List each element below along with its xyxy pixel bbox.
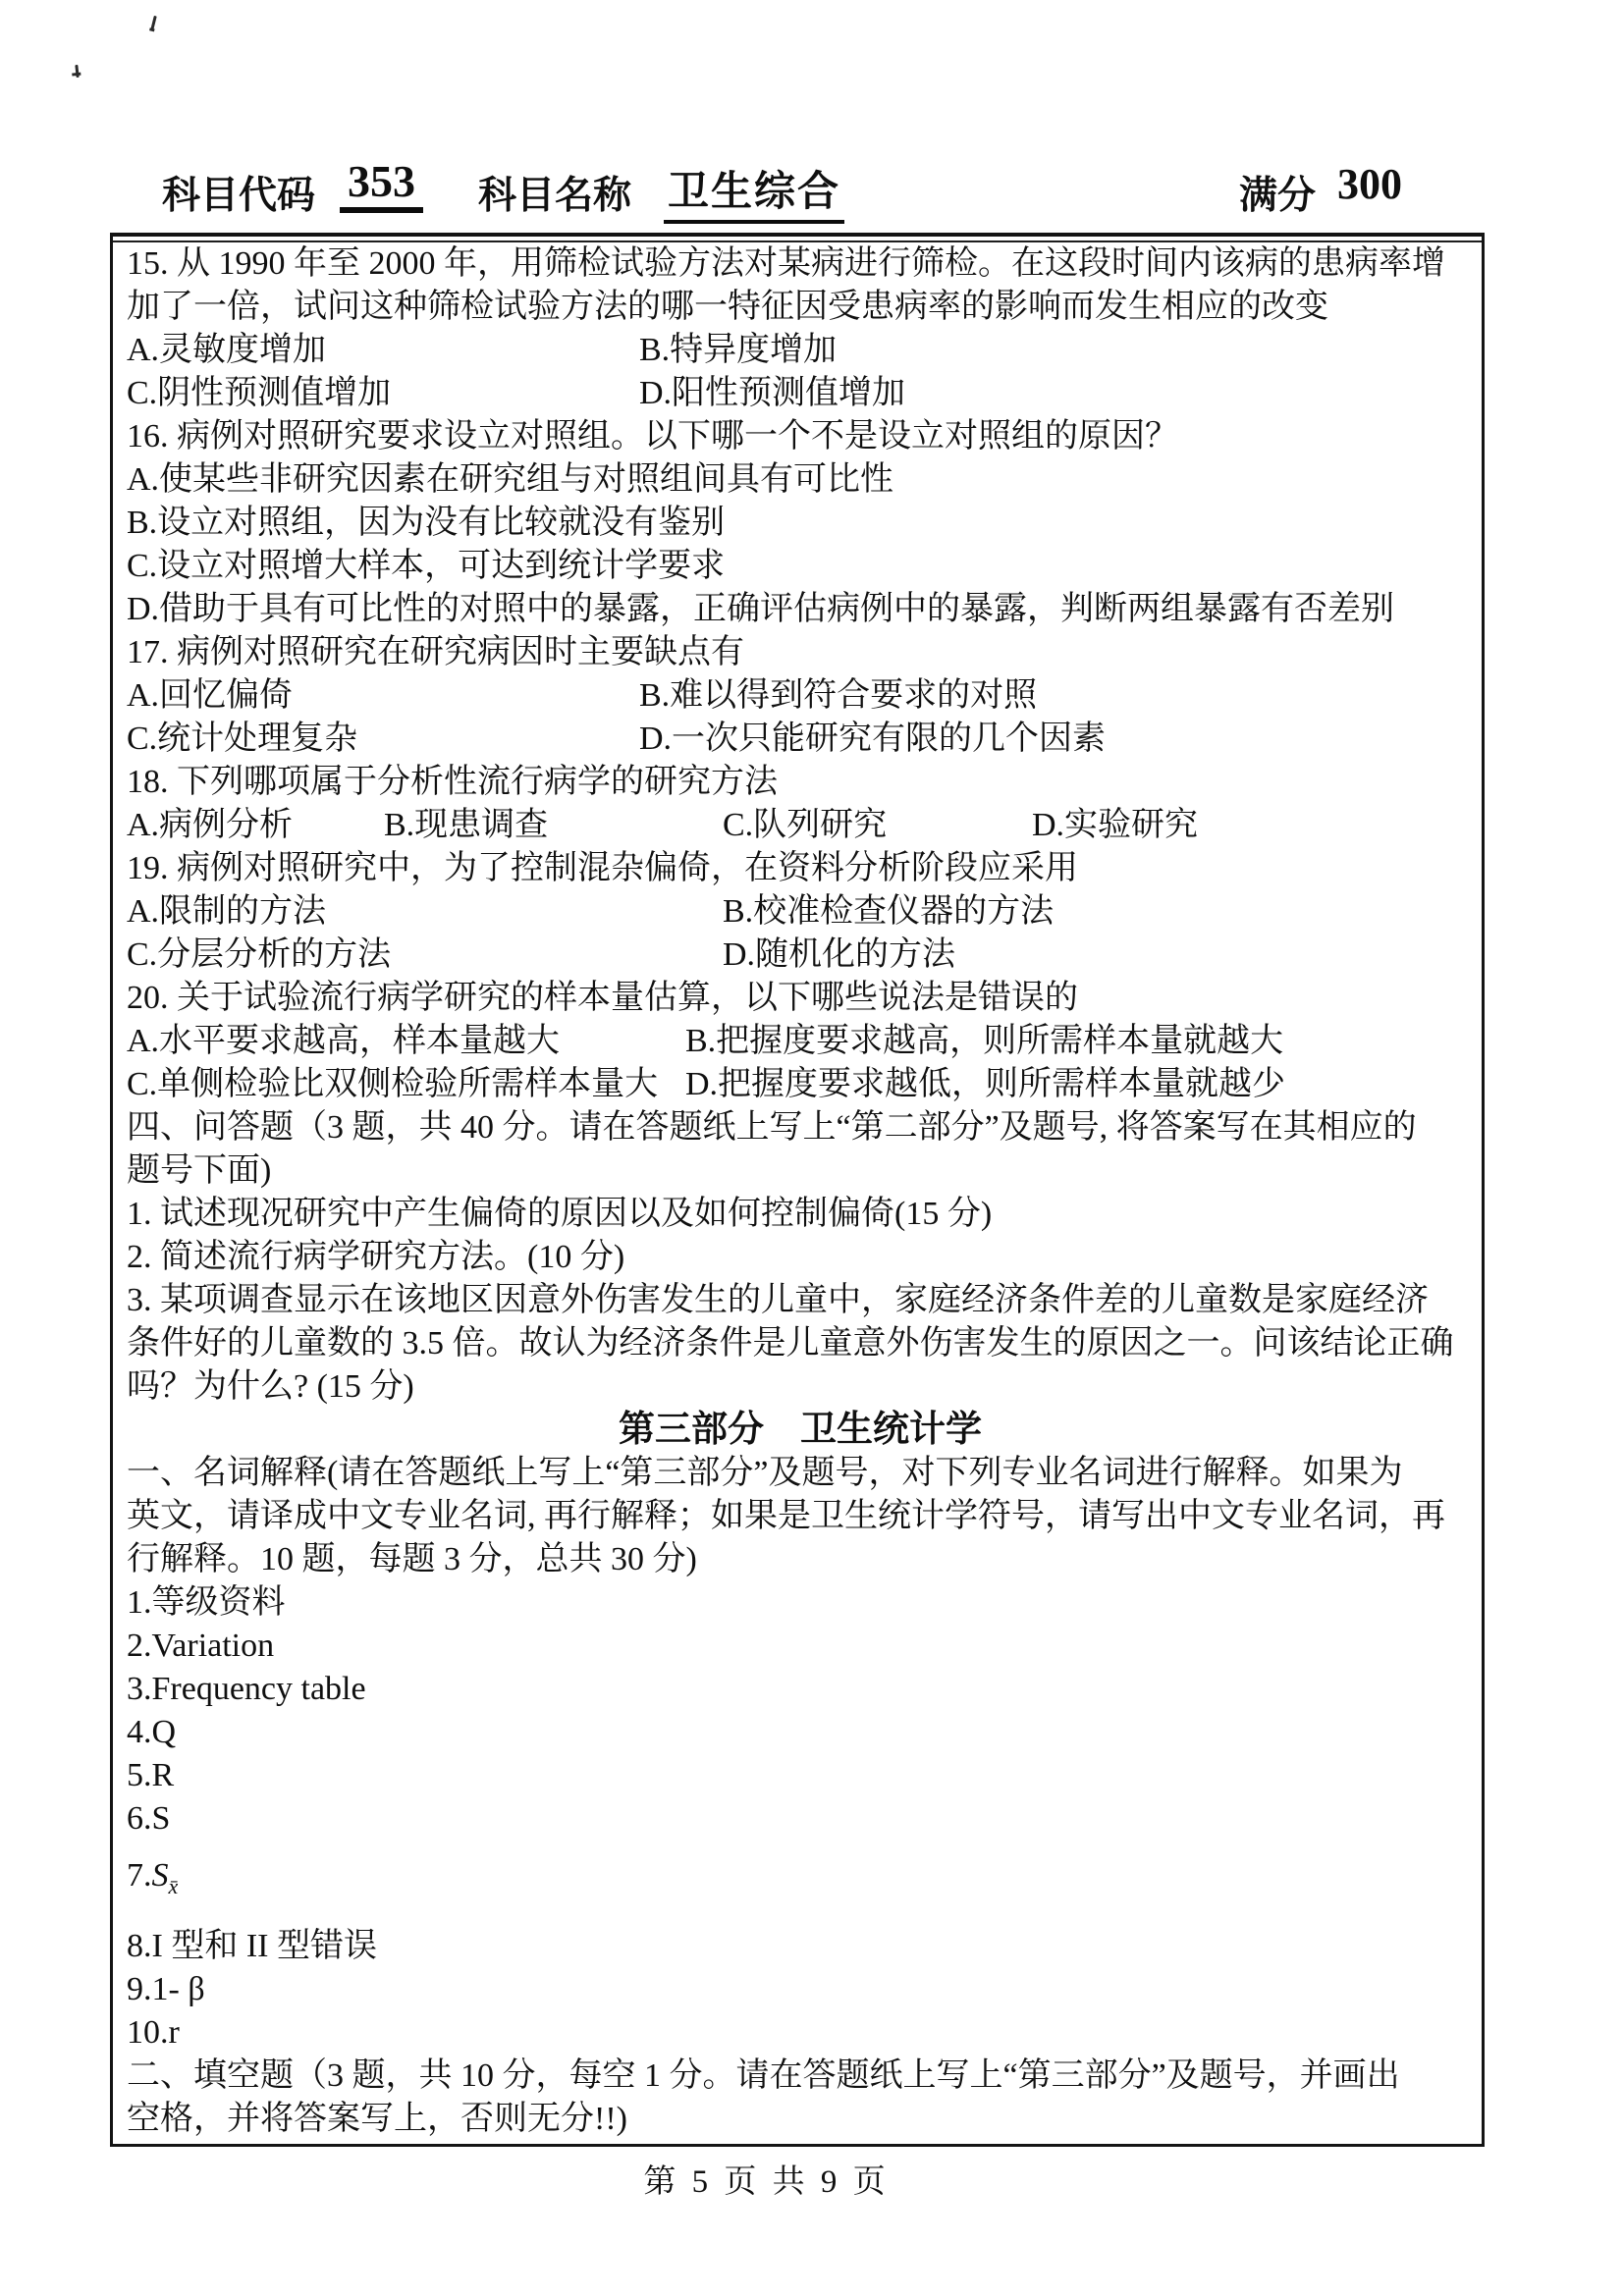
statistic-symbol-subscript: x̄ — [169, 1874, 179, 1898]
page-number-footer: 第 5 页 共 9 页 — [0, 2156, 1578, 2202]
option-cell: A.水平要求越高，样本量越大 — [127, 1020, 685, 1063]
option-cell: D.随机化的方法 — [723, 934, 955, 977]
exam-page: { "header": { "subject_code_label": "科目代… — [0, 0, 1623, 2296]
term-4: 4.Q — [127, 1711, 1474, 1754]
q17-options-cd: C.统计处理复杂D.一次只能研究有限的几个因素 — [127, 718, 1474, 761]
q17-stem: 17. 病例对照研究在研究病因时主要缺点有 — [127, 631, 1474, 674]
option-cell: B.校准检查仪器的方法 — [723, 890, 1054, 934]
option-cell: B.把握度要求越高，则所需样本量就越大 — [685, 1020, 1283, 1063]
q18-stem: 18. 下列哪项属于分析性流行病学的研究方法 — [127, 761, 1474, 804]
option-cell: C.分层分析的方法 — [127, 934, 723, 977]
option-cell: A.限制的方法 — [127, 890, 723, 934]
part3-terms-header-line2: 英文，请译成中文专业名词, 再行解释；如果是卫生统计学符号，请写出中文专业名词，… — [127, 1495, 1474, 1538]
option-cell: A.灵敏度增加 — [127, 329, 639, 372]
essay-q1: 1. 试述现况研究中产生偏倚的原因以及如何控制偏倚(15 分) — [127, 1193, 1474, 1236]
option-cell: C.阴性预测值增加 — [127, 372, 639, 415]
q16-option-a: A.使某些非研究因素在研究组与对照组间具有可比性 — [127, 458, 1474, 502]
part2-essay-header-line1: 四、问答题（3 题，共 40 分。请在答题纸上写上“第二部分”及题号, 将答案写… — [127, 1106, 1474, 1149]
essay-q3-line3: 吗？为什么? (15 分) — [127, 1365, 1474, 1409]
term-6: 6.S — [127, 1797, 1474, 1841]
q20-options-ab: A.水平要求越高，样本量越大B.把握度要求越高，则所需样本量就越大 — [127, 1020, 1474, 1063]
option-cell: C.统计处理复杂 — [127, 718, 639, 761]
q15-options-ab: A.灵敏度增加B.特异度增加 — [127, 329, 1474, 372]
q19-options-cd: C.分层分析的方法D.随机化的方法 — [127, 934, 1474, 977]
part3-terms-header-line1: 一、名词解释(请在答题纸上写上“第三部分”及题号，对下列专业名词进行解释。如果为 — [127, 1452, 1474, 1495]
option-cell: B.特异度增加 — [639, 329, 837, 372]
option-cell: D.阳性预测值增加 — [639, 372, 905, 415]
exam-content-box: 15. 从 1990 年至 2000 年，用筛检试验方法对某病进行筛检。在这段时… — [110, 233, 1485, 2147]
q20-stem: 20. 关于试验流行病学研究的样本量估算，以下哪些说法是错误的 — [127, 977, 1474, 1020]
q19-options-ab: A.限制的方法B.校准检查仪器的方法 — [127, 890, 1474, 934]
full-score-label: 满分 — [1239, 165, 1316, 220]
part3-fill-blanks-line2: 空格，并将答案写上，否则无分!!) — [127, 2098, 1474, 2141]
subject-name-label: 科目名称 — [478, 165, 631, 220]
term-8: 8.I 型和 II 型错误 — [127, 1925, 1474, 1968]
term-number: 7. — [127, 1857, 152, 1894]
q16-option-d: D.借助于具有可比性的对照中的暴露，正确评估病例中的暴露，判断两组暴露有否差别 — [127, 588, 1474, 631]
option-cell: C.队列研究 — [723, 804, 1032, 847]
essay-q3-line1: 3. 某项调查显示在该地区因意外伤害发生的儿童中，家庭经济条件差的儿童数是家庭经… — [127, 1279, 1474, 1322]
essay-q3-line2: 条件好的儿童数的 3.5 倍。故认为经济条件是儿童意外伤害发生的原因之一。问该结… — [127, 1322, 1474, 1365]
q16-option-c: C.设立对照增大样本，可达到统计学要求 — [127, 545, 1474, 588]
option-cell: D.实验研究 — [1032, 804, 1198, 847]
part2-essay-header-line2: 题号下面) — [127, 1149, 1474, 1193]
option-cell: A.病例分析 — [127, 804, 384, 847]
q15-stem-line2: 加了一倍，试问这种筛检试验方法的哪一特征因受患病率的影响而发生相应的改变 — [127, 286, 1474, 329]
q16-option-b: B.设立对照组，因为没有比较就没有鉴别 — [127, 502, 1474, 545]
q19-stem: 19. 病例对照研究中，为了控制混杂偏倚，在资料分析阶段应采用 — [127, 847, 1474, 890]
term-10: 10.r — [127, 2011, 1474, 2055]
full-score-value: 300 — [1337, 159, 1402, 209]
option-cell: D.把握度要求越低，则所需样本量就越少 — [685, 1063, 1285, 1106]
subject-code-label: 科目代码 — [162, 165, 315, 220]
q15-stem-line1: 15. 从 1990 年至 2000 年，用筛检试验方法对某病进行筛检。在这段时… — [127, 242, 1474, 286]
option-cell: B.现患调查 — [384, 804, 723, 847]
term-5: 5.R — [127, 1754, 1474, 1797]
q20-options-cd: C.单侧检验比双侧检验所需样本量大D.把握度要求越低，则所需样本量就越少 — [127, 1063, 1474, 1106]
subject-name-value: 卫生综合 — [664, 159, 844, 224]
option-cell: A.回忆偏倚 — [127, 674, 639, 718]
option-cell: C.单侧检验比双侧检验所需样本量大 — [127, 1063, 685, 1106]
q17-options-ab: A.回忆偏倚B.难以得到符合要求的对照 — [127, 674, 1474, 718]
scan-artifact — [75, 65, 79, 78]
term-1: 1.等级资料 — [127, 1581, 1474, 1625]
term-7: 7.Sx̄ — [127, 1854, 1474, 1897]
term-2: 2.Variation — [127, 1625, 1474, 1668]
statistic-symbol: S — [152, 1857, 169, 1894]
part3-fill-blanks-line1: 二、填空题（3 题，共 10 分，每空 1 分。请在答题纸上写上“第三部分”及题… — [127, 2055, 1474, 2098]
term-3: 3.Frequency table — [127, 1668, 1474, 1711]
essay-q2: 2. 简述流行病学研究方法。(10 分) — [127, 1236, 1474, 1279]
q15-options-cd: C.阴性预测值增加D.阳性预测值增加 — [127, 372, 1474, 415]
scan-artifact — [150, 16, 157, 30]
q16-stem: 16. 病例对照研究要求设立对照组。以下哪一个不是设立对照组的原因？ — [127, 415, 1474, 458]
term-9: 9.1- β — [127, 1968, 1474, 2011]
part3-title: 第三部分 卫生统计学 — [127, 1409, 1474, 1452]
part3-terms-header-line3: 行解释。10 题，每题 3 分，总共 30 分) — [127, 1538, 1474, 1581]
q18-options: A.病例分析B.现患调查C.队列研究D.实验研究 — [127, 804, 1474, 847]
option-cell: B.难以得到符合要求的对照 — [639, 674, 1037, 718]
option-cell: D.一次只能研究有限的几个因素 — [639, 718, 1106, 761]
subject-code-value: 353 — [340, 155, 423, 213]
